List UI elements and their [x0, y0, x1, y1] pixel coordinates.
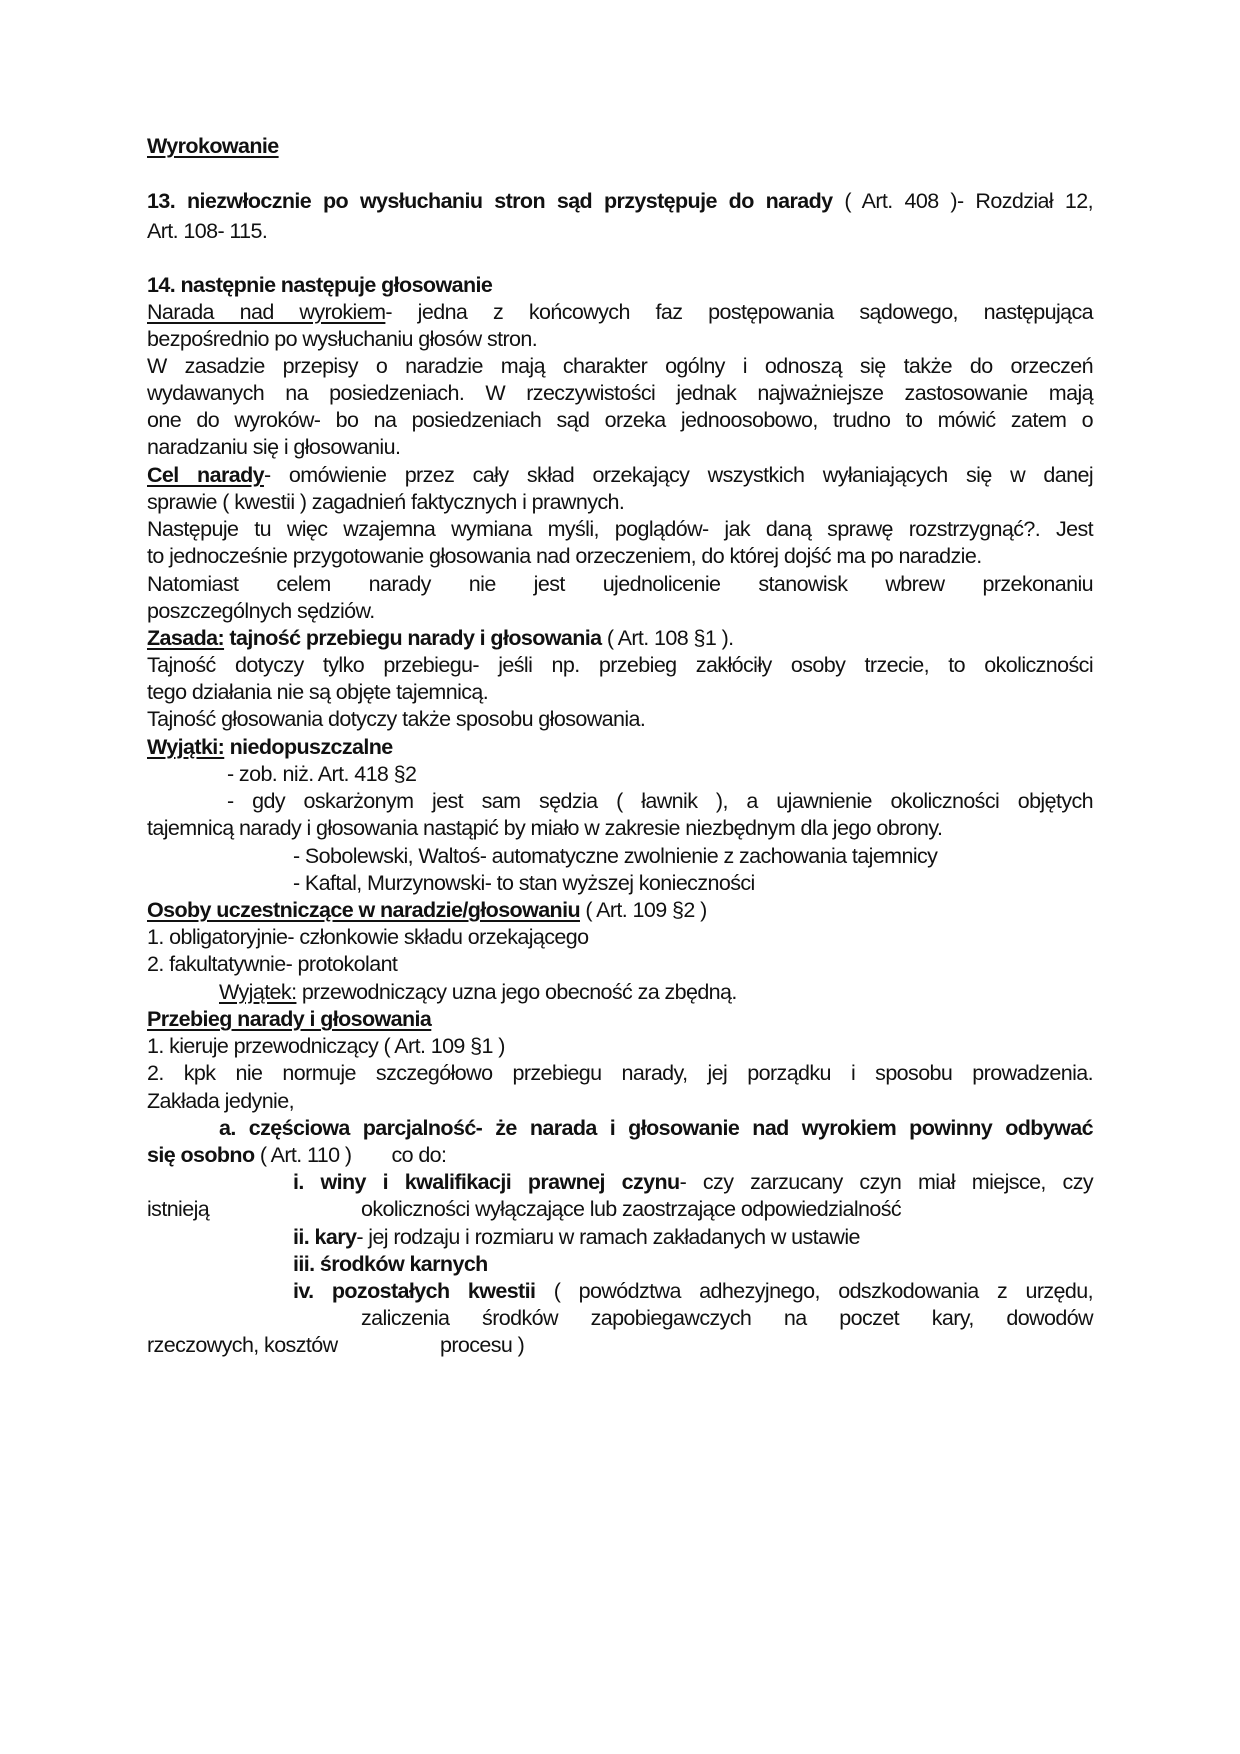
- paragraph-zasadzie-3: one do wyroków- bo na posiedzeniach sąd …: [147, 405, 1093, 435]
- sub-item-i: i. winy i kwalifikacji prawnej czynu- cz…: [293, 1167, 1093, 1197]
- przebieg-item: 1. kieruje przewodniczący ( Art. 109 §1 …: [147, 1031, 505, 1061]
- wyjatki-label: Wyjątki:: [147, 735, 224, 759]
- zasada-label: Zasada:: [147, 626, 224, 650]
- sub-item-ii: ii. kary- jej rodzaju i rozmiaru w ramac…: [293, 1222, 860, 1252]
- cel-narady-term: Cel narady: [147, 463, 264, 487]
- document-title: Wyrokowanie: [147, 131, 279, 161]
- osoby-item: 1. obligatoryjnie- członkowie składu orz…: [147, 922, 588, 952]
- cel-narady-line-2: sprawie ( kwestii ) zagadnień faktycznyc…: [147, 487, 624, 517]
- section-13-line-1: 13. niezwłocznie po wysłuchaniu stron są…: [147, 186, 1093, 216]
- wyjatki-item: - gdy oskarżonym jest sam sędzia ( ławni…: [227, 786, 1093, 816]
- przebieg-item-continuation: Zakłada jedynie,: [147, 1086, 294, 1116]
- opinion-item: - Sobolewski, Waltoś- automatyczne zwoln…: [293, 841, 937, 871]
- paragraph-tajnosc-3: Tajność głosowania dotyczy także sposobu…: [147, 704, 645, 734]
- paragraph-nastepuje-2: to jednocześnie przygotowanie głosowania…: [147, 541, 982, 571]
- parcjalnosc-reference: ( Art. 110 ): [254, 1143, 351, 1167]
- zasada-text: tajność przebiegu narady i głosowania: [224, 626, 601, 650]
- zasada-line: Zasada: tajność przebiegu narady i głoso…: [147, 623, 734, 653]
- wyjatki-line: Wyjątki: niedopuszczalne: [147, 732, 393, 762]
- sub-item-i-continuation-right: okoliczności wyłączające lub zaostrzając…: [361, 1194, 901, 1224]
- narada-definition-line-2: bezpośrednio po wysłuchaniu głosów stron…: [147, 324, 537, 354]
- narada-definition: - jedna z końcowych faz postępowania sąd…: [385, 300, 1093, 324]
- paragraph-zasadzie-1: W zasadzie przepisy o naradzie mają char…: [147, 351, 1093, 381]
- sub-item-ii-text: - jej rodzaju i rozmiaru w ramach zakład…: [356, 1225, 860, 1249]
- opinion-item: - Kaftal, Murzynowski- to stan wyższej k…: [293, 868, 755, 898]
- wyjatki-continuation: tajemnicą narady i głosowania nastąpić b…: [147, 813, 942, 843]
- paragraph-zasadzie-4: naradzaniu się i głosowaniu.: [147, 432, 400, 462]
- wyjatki-text: niedopuszczalne: [224, 735, 392, 759]
- sub-item-iv-continuation: zaliczenia środków zapobiegawczych na po…: [361, 1303, 1093, 1333]
- osoby-heading: Osoby uczestniczące w naradzie/głosowani…: [147, 898, 580, 922]
- wyjatek-text: przewodniczący uzna jego obecność za zbę…: [296, 980, 736, 1004]
- parcjalnosc-line-1: a. częściowa parcjalność- że narada i gł…: [219, 1113, 1093, 1143]
- parcjalnosc-codo: co do:: [391, 1143, 446, 1167]
- section-13-heading: 13. niezwłocznie po wysłuchaniu stron są…: [147, 189, 833, 213]
- sub-item-iv-text: ( powództwa adhezyjnego, odszkodowania z…: [535, 1279, 1093, 1303]
- sub-item-i-continuation-left: istnieją: [147, 1194, 209, 1224]
- sub-item-ii-label: ii. kary: [293, 1225, 356, 1249]
- cel-narady-line-1: Cel narady- omówienie przez cały skład o…: [147, 460, 1093, 490]
- paragraph-tajnosc-1: Tajność dotyczy tylko przebiegu- jeśli n…: [147, 650, 1093, 680]
- przebieg-heading: Przebieg narady i głosowania: [147, 1004, 431, 1034]
- paragraph-nastepuje-1: Następuje tu więc wzajemna wymiana myśli…: [147, 514, 1093, 544]
- wyjatek-label: Wyjątek:: [219, 980, 296, 1004]
- parcjalnosc-bold: się osobno: [147, 1143, 254, 1167]
- paragraph-natomiast-2: poszczególnych sędziów.: [147, 596, 375, 626]
- sub-item-iv-label: iv. pozostałych kwestii: [293, 1279, 535, 1303]
- wyjatki-item: - zob. niż. Art. 418 §2: [227, 759, 416, 789]
- section-13-line-2: Art. 108- 115.: [147, 216, 267, 246]
- paragraph-zasadzie-2: wydawanych na posiedzeniach. W rzeczywis…: [147, 378, 1093, 408]
- paragraph-natomiast-1: Natomiast celem narady nie jest ujednoli…: [147, 569, 1093, 599]
- osoby-line: Osoby uczestniczące w naradzie/głosowani…: [147, 895, 707, 925]
- section-13-reference: ( Art. 408 )- Rozdział 12,: [833, 189, 1094, 213]
- sub-item-iii: iii. środków karnych: [293, 1249, 488, 1279]
- wyjatek-line: Wyjątek: przewodniczący uzna jego obecno…: [219, 977, 737, 1007]
- sub-item-iv-last-right: procesu ): [440, 1330, 524, 1360]
- zasada-reference: ( Art. 108 §1 ).: [602, 626, 734, 650]
- sub-item-i-text: - czy zarzucany czyn miał miejsce, czy: [680, 1170, 1093, 1194]
- osoby-item: 2. fakultatywnie- protokolant: [147, 949, 397, 979]
- narada-definition-line-1: Narada nad wyrokiem- jedna z końcowych f…: [147, 297, 1093, 327]
- sub-item-iv: iv. pozostałych kwestii ( powództwa adhe…: [293, 1276, 1093, 1306]
- parcjalnosc-line-2: się osobno ( Art. 110 )co do:: [147, 1140, 446, 1170]
- section-14-heading: 14. następnie następuje głosowanie: [147, 270, 492, 300]
- sub-item-i-label: i. winy i kwalifikacji prawnej czynu: [293, 1170, 680, 1194]
- osoby-reference: ( Art. 109 §2 ): [580, 898, 707, 922]
- przebieg-item: 2. kpk nie normuje szczegółowo przebiegu…: [147, 1058, 1093, 1088]
- cel-narady-definition: - omówienie przez cały skład orzekający …: [264, 463, 1093, 487]
- sub-item-iv-last-left: rzeczowych, kosztów: [147, 1330, 338, 1360]
- narada-term: Narada nad wyrokiem: [147, 300, 385, 324]
- paragraph-tajnosc-2: tego działania nie są objęte tajemnicą.: [147, 677, 488, 707]
